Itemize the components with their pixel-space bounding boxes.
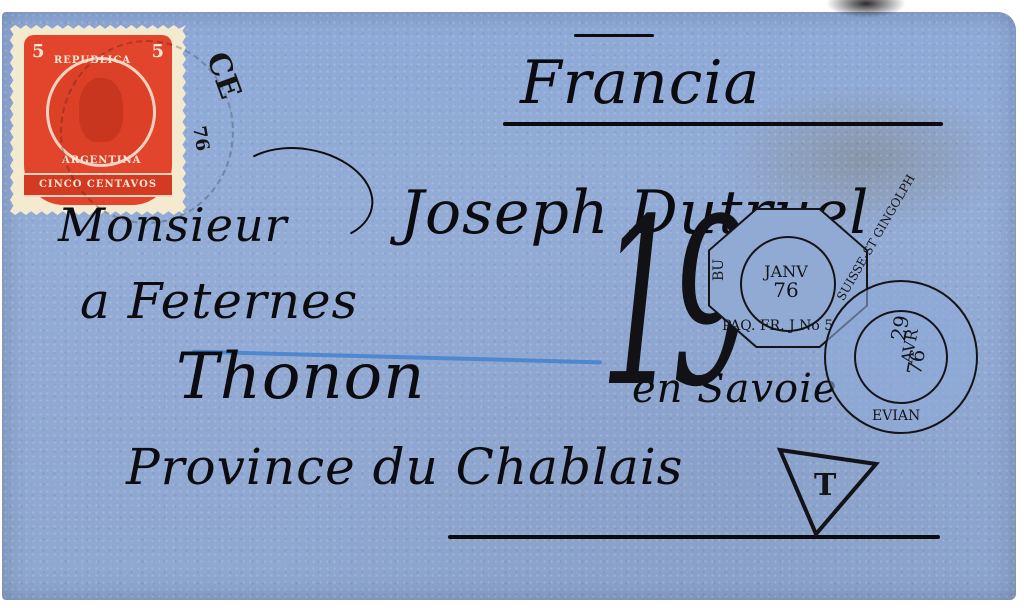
tax-mark: T	[814, 468, 836, 503]
destination-underline	[503, 122, 943, 126]
address-line-town: Thonon	[176, 340, 425, 414]
paquebot-side-text: BU	[711, 259, 727, 281]
destination-flourish	[574, 34, 654, 37]
paquebot-date-year: 76	[754, 280, 818, 300]
destination-country: Francia	[520, 48, 760, 118]
cancel-ring	[60, 40, 234, 224]
address-line-village: a Feternes	[80, 272, 358, 330]
evian-bottom-text: EVIAN	[872, 408, 920, 424]
address-line-province: Province du Chablais	[126, 438, 683, 496]
stamp-value-numeral: 5	[32, 41, 45, 62]
ink-smudge	[826, 0, 906, 18]
paquebot-text: PAQ. FR. J No 5	[722, 318, 833, 334]
